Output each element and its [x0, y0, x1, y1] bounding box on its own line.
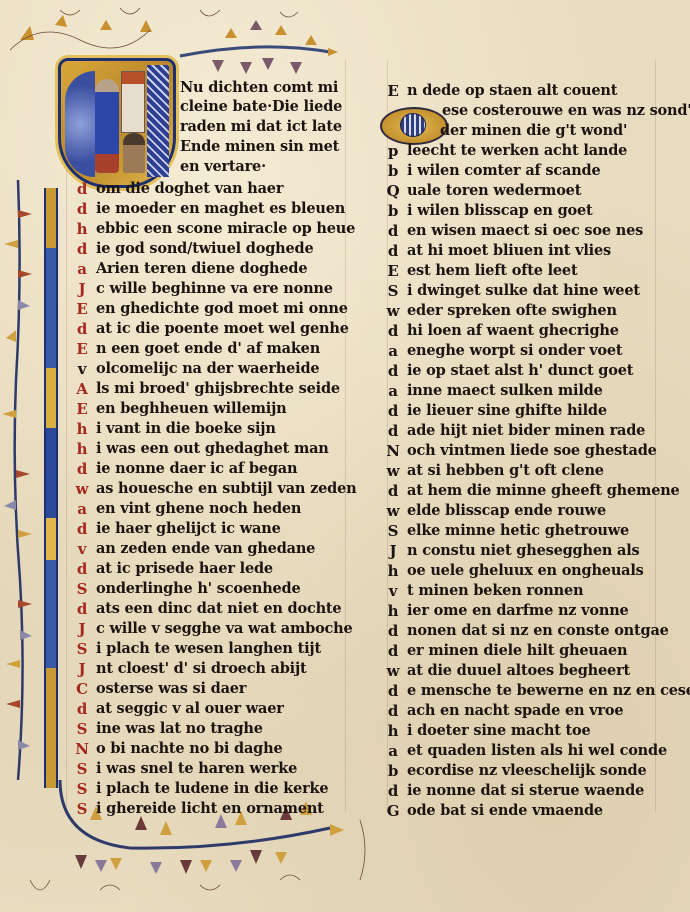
rubric-initial: S [383, 282, 403, 300]
manuscript-page: Nu dichten comt mi cleine bate·Die liede… [0, 0, 690, 912]
left-vine-border [0, 180, 50, 780]
rubric-initial: J [72, 280, 92, 298]
ruling-line [66, 60, 67, 812]
rubric-initial: J [383, 542, 403, 560]
rubric-initial: d [383, 782, 403, 800]
rubric-initial: S [72, 760, 92, 778]
rubric-initial: h [72, 220, 92, 238]
rubric-initial: d [383, 482, 403, 500]
rubric-initial: h [383, 562, 403, 580]
rubric-initial: h [383, 722, 403, 740]
rubric-initial: S [72, 640, 92, 658]
rubric-initial: a [72, 260, 92, 278]
rubric-initial: S [72, 720, 92, 738]
rubric-initial: d [383, 682, 403, 700]
rubric-initial: w [383, 462, 403, 480]
rubric-initial: a [383, 342, 403, 360]
rubric-initial: d [383, 702, 403, 720]
rubric-initial: v [72, 540, 92, 558]
rubric-initial: d [383, 422, 403, 440]
rubric-initial: d [72, 600, 92, 618]
rubric-initial: d [383, 322, 403, 340]
rubric-initial: N [383, 442, 403, 460]
rubric-initial: d [383, 362, 403, 380]
rubric-initial: E [72, 300, 92, 318]
rubric-initial: E [72, 340, 92, 358]
rubric-initial: S [72, 800, 92, 818]
rubric-initial: S [72, 580, 92, 598]
initial-inner-pattern [400, 113, 426, 137]
rubric-initial: d [72, 520, 92, 538]
rubric-initial: d [72, 560, 92, 578]
rubric-initial: h [383, 602, 403, 620]
initial-left-stroke [65, 71, 95, 177]
rubric-initial: h [72, 440, 92, 458]
rubric-initial: d [72, 240, 92, 258]
rubric-initial: w [72, 480, 92, 498]
rubric-initial: a [383, 742, 403, 760]
rubric-initial: w [383, 302, 403, 320]
rubric-initial: d [72, 200, 92, 218]
ruling-line [655, 60, 656, 812]
madonna-figure [95, 79, 119, 173]
rubric-initial: C [72, 680, 92, 698]
rubric-initial: w [383, 662, 403, 680]
rubric-initial: v [383, 582, 403, 600]
rubric-initial: A [72, 380, 92, 398]
rubric-initial: d [383, 402, 403, 420]
rubric-initial: J [72, 620, 92, 638]
rubric-initial: h [72, 420, 92, 438]
rubric-initial: d [72, 460, 92, 478]
rubric-initial: a [383, 382, 403, 400]
rubric-initial: a [72, 500, 92, 518]
rubric-initial: d [383, 222, 403, 240]
tower-figure [121, 71, 145, 133]
rubric-initial: N [72, 740, 92, 758]
rubric-initial: w [383, 502, 403, 520]
rubric-initial: G [383, 802, 403, 820]
rubric-initial: E [383, 82, 403, 100]
kneeling-nun-figure [123, 133, 145, 173]
rubric-initial: d [383, 242, 403, 260]
historiated-initial-u [58, 58, 176, 188]
rubric-initial: S [72, 780, 92, 798]
rubric-initial: E [72, 400, 92, 418]
rubric-initial: S [383, 522, 403, 540]
rubric-initial: d [72, 180, 92, 198]
rubric-initial: d [383, 622, 403, 640]
rubric-initial: d [72, 320, 92, 338]
rubric-initial: p [383, 142, 403, 160]
initial-right-stroke [147, 65, 169, 177]
rubric-initial: b [383, 162, 403, 180]
rubric-initial: E [383, 262, 403, 280]
rubric-initial: Q [383, 182, 403, 200]
decorated-initial-d [380, 107, 448, 145]
ruling-line [345, 60, 346, 812]
rubric-initial: J [72, 660, 92, 678]
rubric-initial: d [383, 642, 403, 660]
rubric-initial: d [72, 700, 92, 718]
rubric-initial: b [383, 202, 403, 220]
rubric-initial: v [72, 360, 92, 378]
rubric-initial: b [383, 762, 403, 780]
